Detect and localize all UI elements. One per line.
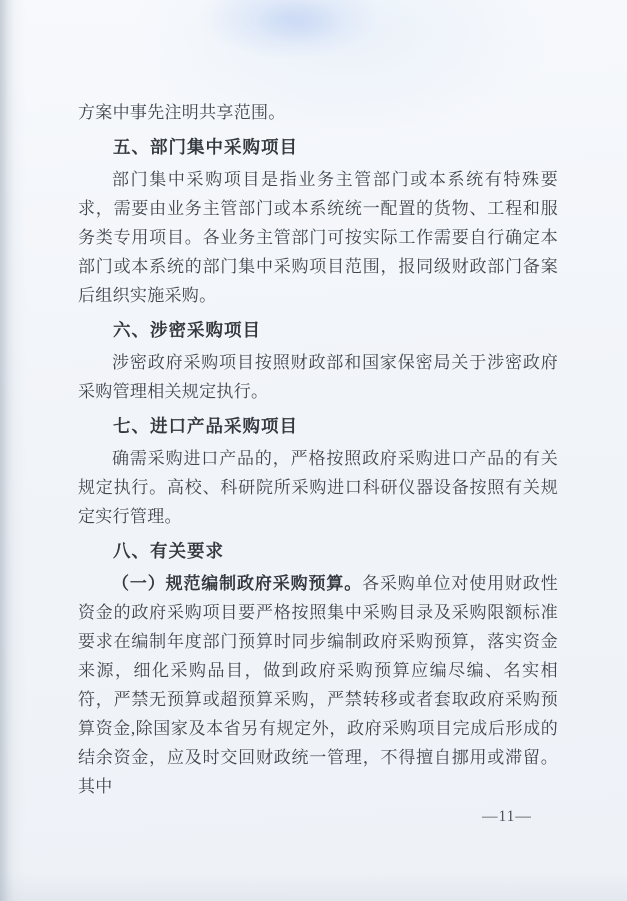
- scan-artifact-left-shadow: [0, 0, 14, 901]
- section-heading-imported-products-procurement: 七、进口产品采购项目: [78, 412, 558, 441]
- paragraph-body-text: 各采购单位对使用财政性资金的政府采购项目要严格按照集中采购目录及采购限额标准要求…: [78, 574, 558, 796]
- paragraph-budget-requirements: （一）规范编制政府采购预算。各采购单位对使用财政性资金的政府采购项目要严格按照集…: [78, 569, 558, 801]
- section-heading-department-centralized-procurement: 五、部门集中采购项目: [78, 133, 558, 162]
- section-heading-related-requirements: 八、有关要求: [78, 537, 558, 566]
- page-number: —11—: [482, 808, 532, 826]
- paragraph-bold-lead: （一）规范编制政府采购预算。: [112, 574, 362, 593]
- scan-artifact-blob: [255, 0, 345, 45]
- scanned-document-page: 方案中事先注明共享范围。 五、部门集中采购项目 部门集中采购项目是指业务主管部门…: [0, 0, 627, 901]
- paragraph-continuation: 方案中事先注明共享范围。: [78, 98, 558, 127]
- paragraph-imported-products-procurement: 确需采购进口产品的，严格按照政府采购进口产品的有关规定执行。高校、科研院所采购进…: [78, 444, 558, 531]
- paragraph-department-centralized-procurement: 部门集中采购项目是指业务主管部门或本系统有特殊要求，需要由业务主管部门或本系统统…: [78, 165, 558, 310]
- page-content: 方案中事先注明共享范围。 五、部门集中采购项目 部门集中采购项目是指业务主管部门…: [78, 98, 558, 801]
- section-heading-classified-procurement: 六、涉密采购项目: [78, 316, 558, 345]
- paragraph-classified-procurement: 涉密政府采购项目按照财政部和国家保密局关于涉密政府采购管理相关规定执行。: [78, 348, 558, 406]
